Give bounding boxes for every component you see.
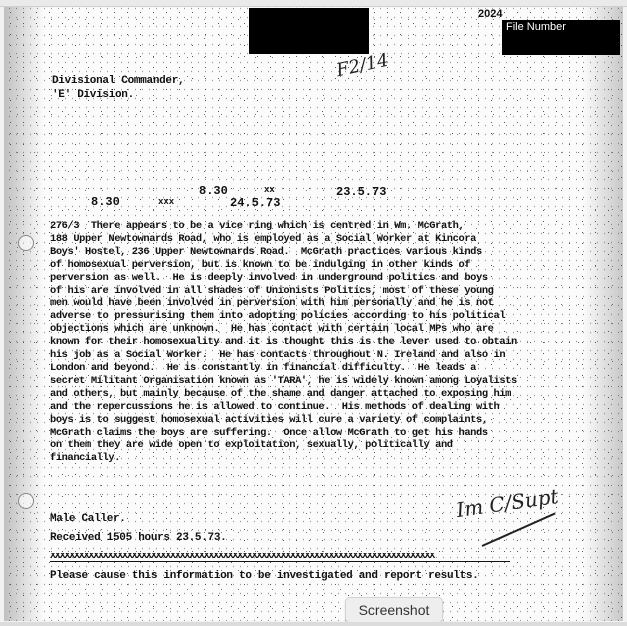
report-body-line: financially. [50, 452, 590, 465]
report-body-line: adverse to pressurising them into adopti… [50, 310, 590, 323]
report-body-line: and the repercussions he is allowed to c… [50, 401, 590, 414]
screenshot-tooltip: Screenshot [345, 597, 443, 623]
report-body-line: 188 Upper Newtownards Road, who is emplo… [50, 233, 590, 246]
report-body-line: Boys' Hostel, 236 Upper Newtownards Road… [50, 246, 590, 259]
report-body-line: of his are involved in all shades of Uni… [50, 285, 590, 298]
report-body-line: secret Militant Organisation known as 'T… [50, 375, 590, 388]
redaction-box [249, 8, 369, 54]
report-body-line: objections which are unknown. He has con… [50, 323, 590, 336]
report-body-line: known for their homosexuality and it is … [50, 336, 590, 349]
punch-hole-bottom [18, 493, 34, 509]
window-bottom-bar [0, 622, 627, 626]
stamp-time-mid: 8.30 [199, 184, 228, 198]
report-body-line: and others, but mainly because of the sh… [50, 388, 590, 401]
scanned-document-page: 2024 File Number F2/14 Divisional Comman… [4, 7, 623, 621]
file-number-label: File Number [506, 21, 566, 33]
stamp-date-right: 23.5.73 [336, 185, 386, 199]
stamp-marker-left: xxx [158, 197, 174, 207]
handwritten-reference: F2/14 [334, 50, 390, 82]
file-number-redaction: File Number [502, 20, 620, 55]
signature-stroke [482, 513, 556, 547]
window-top-bar [0, 0, 627, 7]
report-body-line: 276/3 There appears to be a vice ring wh… [50, 220, 590, 233]
report-body-line: McGrath claims the boys are suffering. O… [50, 427, 590, 440]
report-body-line: London and beyond. He is constantly in f… [50, 362, 590, 375]
report-body-line: on them they are wide open to exploitati… [50, 439, 590, 452]
report-body: 276/3 There appears to be a vice ring wh… [50, 220, 590, 465]
report-body-line: perversion as well. He is deeply involve… [50, 272, 590, 285]
addressee-line-2: 'E' Division. [52, 89, 134, 101]
stamp-date-mid: 24.5.73 [230, 196, 280, 210]
caller-line: Male Caller. [50, 513, 126, 525]
scan-shadow-left [4, 7, 44, 621]
report-body-line: boys is to suggest homosexual activities… [50, 414, 590, 427]
punch-hole-top [18, 235, 34, 251]
stamp-time-left: 8.30 [91, 195, 120, 209]
report-body-line: his job as a Social Worker. He has conta… [50, 349, 590, 362]
report-body-line: of homosexual perversion, but is known t… [50, 259, 590, 272]
received-line: Received 1505 hours 23.5.73. [50, 532, 226, 544]
stamp-marker-mid: xx [264, 185, 275, 195]
report-body-line: men would have been involved in perversi… [50, 297, 590, 310]
separator-line: XXXXXXXXXXXXXXXXXXXXXXXXXXXXXXXXXXXXXXXX… [50, 553, 510, 562]
document-year: 2024 [478, 8, 502, 20]
instruction-line: Please cause this information to be inve… [50, 570, 478, 582]
addressee-line-1: Divisional Commander, [52, 75, 184, 87]
